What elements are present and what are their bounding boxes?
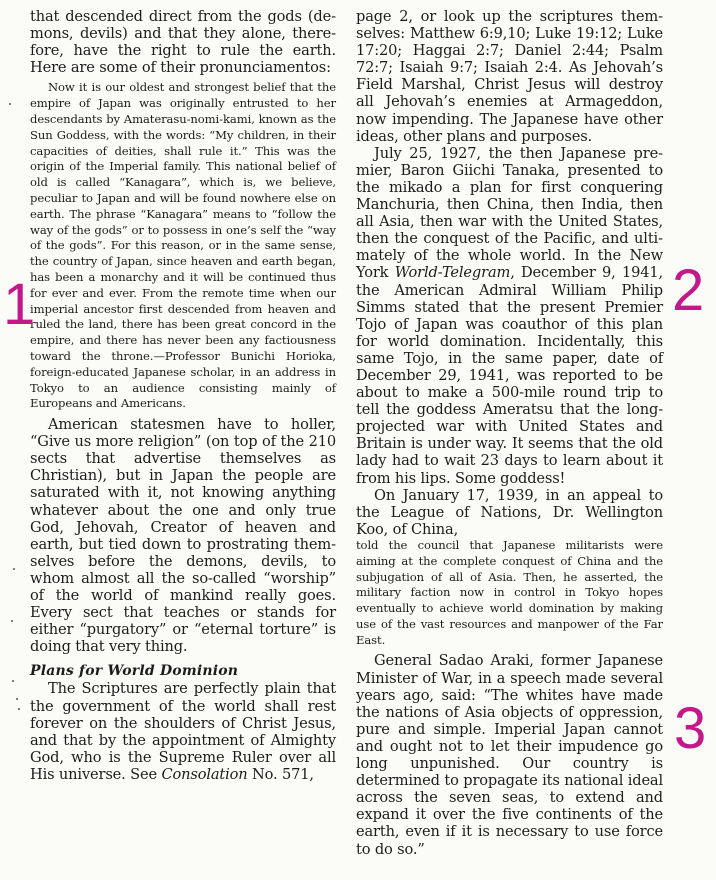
paragraph-araki: General Sadao Araki, former Japa­nese Mi…	[356, 652, 663, 857]
paragraph-wellington-koo: On January 17, 1939, in an appeal to the…	[356, 487, 663, 538]
quote-koo: told the council that Japanese militaris…	[356, 538, 663, 649]
paragraph-intro: that descended direct from the gods (de­…	[30, 8, 336, 76]
scan-speck	[13, 568, 15, 570]
left-column: that descended direct from the gods (de­…	[30, 8, 336, 783]
publication-title: Consolation	[161, 766, 247, 783]
scan-speck	[18, 708, 20, 710]
section-heading: Plans for World Dominion	[30, 663, 336, 680]
annotation-marker-3: 3	[674, 700, 706, 758]
paragraph-american-statesmen: American statesmen have to holler, “Give…	[30, 416, 336, 655]
paragraph-tanaka-plan: July 25, 1927, the then Japanese pre­mie…	[356, 145, 663, 487]
right-column: page 2, or look up the scriptures them­s…	[356, 8, 663, 858]
annotation-marker-2: 2	[672, 262, 704, 320]
annotation-marker-1: 1	[3, 276, 35, 334]
newspaper-title: World-Telegram	[395, 264, 511, 281]
scan-speck	[12, 680, 14, 682]
paragraph-scriptures: The Scriptures are perfectly plain that …	[30, 680, 336, 783]
paragraph-scripture-refs: page 2, or look up the scriptures them­s…	[356, 8, 663, 145]
scan-speck	[11, 620, 13, 622]
scan-speck	[16, 698, 18, 700]
scanned-page: that descended direct from the gods (de­…	[0, 0, 716, 880]
scan-speck	[9, 103, 11, 105]
quote-horioka: Now it is our oldest and strongest belie…	[30, 80, 336, 412]
